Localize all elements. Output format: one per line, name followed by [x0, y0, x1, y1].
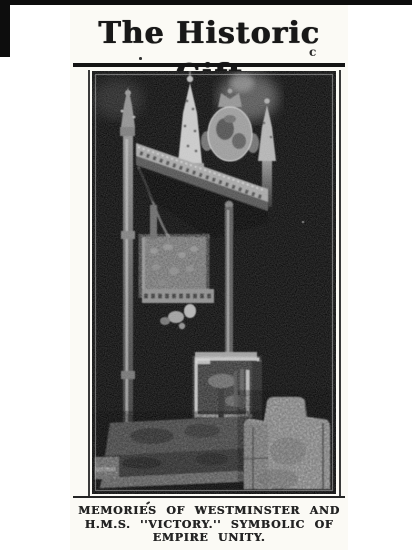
scan-edge-top [0, 0, 412, 5]
scan-edge-left [0, 0, 10, 57]
chair-photograph [92, 71, 336, 494]
newspaper-clipping: The Historic Gift c [0, 0, 412, 550]
photo-caption: MEMORIES OF WESTMINSTER AND H.M.S. ''VIC… [73, 504, 345, 545]
photo-frame-left-rule [88, 70, 90, 497]
halftone-noise-overlay [92, 71, 336, 494]
ink-speck [139, 57, 142, 60]
photo-frame-bottom-rule [73, 496, 345, 498]
headline-rule [73, 63, 345, 67]
stray-print-letter: c [309, 45, 316, 59]
caption-line-2: H.M.S. ''VICTORY.'' SYMBOLIC OF [73, 518, 345, 532]
caption-line-1: MEMORIES OF WESTMINSTER AND [73, 504, 345, 518]
caption-line-3: EMPIRE UNITY. [73, 531, 345, 545]
photo-frame-right-rule [339, 70, 341, 497]
